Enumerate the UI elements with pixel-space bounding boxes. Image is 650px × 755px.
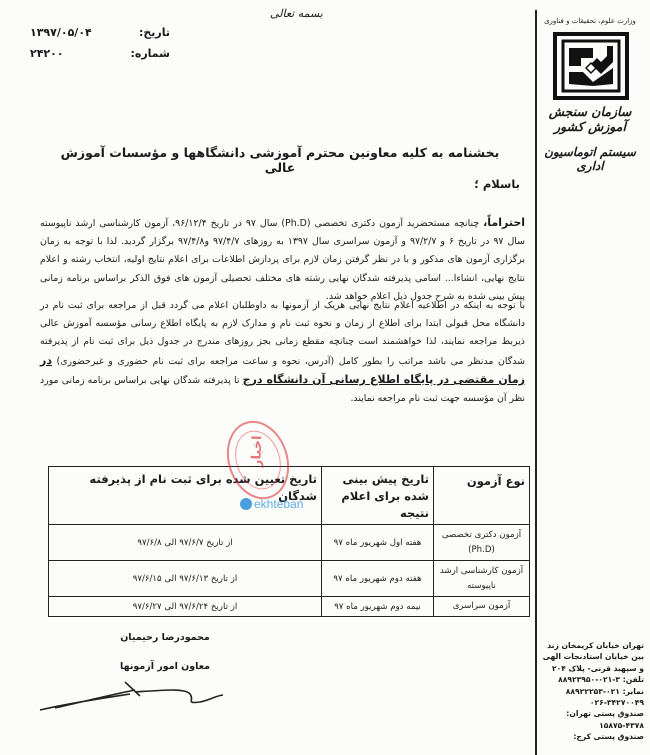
address-line: و سپهبد قرنی- پلاک ۲۰۴	[536, 663, 644, 674]
registration-cell: از تاریخ ۹۷/۶/۲۴ الی ۹۷/۶/۲۷	[49, 597, 322, 617]
table-row: آزمون دکتری تخصصی (Ph.D) هفته اول شهریور…	[49, 525, 530, 561]
letter-subject: بخشنامه به کلیه معاونین محترم آموزشی دان…	[60, 145, 500, 175]
number-row: شماره: ۲۴۲۰۰	[30, 43, 170, 64]
result-date-cell: نیمه دوم شهریور ماه ۹۷	[322, 597, 434, 617]
result-date-cell: هفته اول شهریور ماه ۹۷	[322, 525, 434, 561]
exam-cell: آزمون سراسری	[434, 597, 530, 617]
phone-line: تلفن: ۳-۰۲۱-۸۸۹۲۳۹۵۰	[536, 674, 644, 685]
address-line: بین خیابان استادنجات الهی	[536, 651, 644, 662]
watermark: ekhteban	[240, 497, 303, 511]
po-box-label: صندوق پستی تهران:	[536, 708, 644, 719]
table-header-row: نوع آزمون تاریخ پیش بینی شده برای اعلام …	[49, 467, 530, 525]
table-row: آزمون سراسری نیمه دوم شهریور ماه ۹۷ از ت…	[49, 597, 530, 617]
system-name: سیستم اتوماسیون اداری	[540, 145, 640, 173]
po-box-value: ۱۵۸۷۵-۴۳۷۸	[536, 720, 644, 731]
letter-page: وزارت علوم، تحقیقات و فناوری سازمان سنجش…	[0, 0, 650, 755]
exam-cell: آزمون کارشناسی ارشد ناپیوسته	[434, 561, 530, 597]
date-value: ۱۳۹۷/۰۵/۰۴	[30, 26, 110, 39]
phone-line: ۰۲۶-۳۴۲۷۰۰۴۹	[536, 697, 644, 708]
number-value: ۲۴۲۰۰	[30, 47, 110, 60]
watermark-text: ekhteban	[254, 497, 303, 511]
po-box-label: صندوق پستی کرج:	[536, 731, 644, 742]
watermark-logo-icon	[240, 498, 252, 510]
column-header-exam: نوع آزمون	[434, 467, 530, 525]
column-header-result-date: تاریخ پیش بینی شده برای اعلام نتیجه	[322, 467, 434, 525]
organization-logo-icon	[553, 32, 629, 100]
paragraph-1-lead: احتراماً،	[483, 216, 525, 229]
table-row: آزمون کارشناسی ارشد ناپیوسته هفته دوم شه…	[49, 561, 530, 597]
paragraph-1: احتراماً، چنانچه مستحضرید آزمون دکتری تخ…	[40, 214, 525, 306]
paragraph-2-text: با توجه به اینکه در اطلاعیه اعلام نتایج …	[40, 300, 525, 367]
address-block: تهران خیابان کریمخان زند بین خیابان استا…	[536, 640, 644, 743]
greeting: باسلام ؛	[474, 177, 520, 191]
address-line: تهران خیابان کریمخان زند	[536, 640, 644, 651]
paragraph-1-text: چنانچه مستحضرید آزمون دکتری تخصصی (Ph.D)…	[40, 218, 525, 302]
signatory-name: محمودرضا رحیمیان	[105, 632, 225, 643]
letter-meta: تاریخ: ۱۳۹۷/۰۵/۰۴ شماره: ۲۴۲۰۰	[30, 22, 170, 64]
fax-line: نمابر: ۰۲۱-۸۸۹۲۲۲۵۳	[536, 686, 644, 697]
registration-cell: از تاریخ ۹۷/۶/۱۳ الی ۹۷/۶/۱۵	[49, 561, 322, 597]
stamp-text: اخبار	[249, 425, 266, 477]
schedule-table: نوع آزمون تاریخ پیش بینی شده برای اعلام …	[48, 466, 530, 617]
organization-name: سازمان سنجش آموزش کشور	[536, 104, 644, 134]
date-label: تاریخ:	[118, 26, 170, 39]
result-date-cell: هفته دوم شهریور ماه ۹۷	[322, 561, 434, 597]
paragraph-2: با توجه به اینکه در اطلاعیه اعلام نتایج …	[40, 297, 525, 408]
date-row: تاریخ: ۱۳۹۷/۰۵/۰۴	[30, 22, 170, 43]
registration-cell: از تاریخ ۹۷/۶/۷ الی ۹۷/۶/۸	[49, 525, 322, 561]
signatory-title: معاون امور آزمونها	[105, 661, 225, 672]
basmala: بسمه تعالی	[270, 7, 323, 20]
signature-scribble-icon	[35, 680, 225, 720]
letterhead-sidebar: وزارت علوم، تحقیقات و فناوری سازمان سنجش…	[530, 0, 650, 755]
exam-cell: آزمون دکتری تخصصی (Ph.D)	[434, 525, 530, 561]
number-label: شماره:	[118, 47, 170, 60]
ministry-name: وزارت علوم، تحقیقات و فناوری	[540, 17, 640, 25]
